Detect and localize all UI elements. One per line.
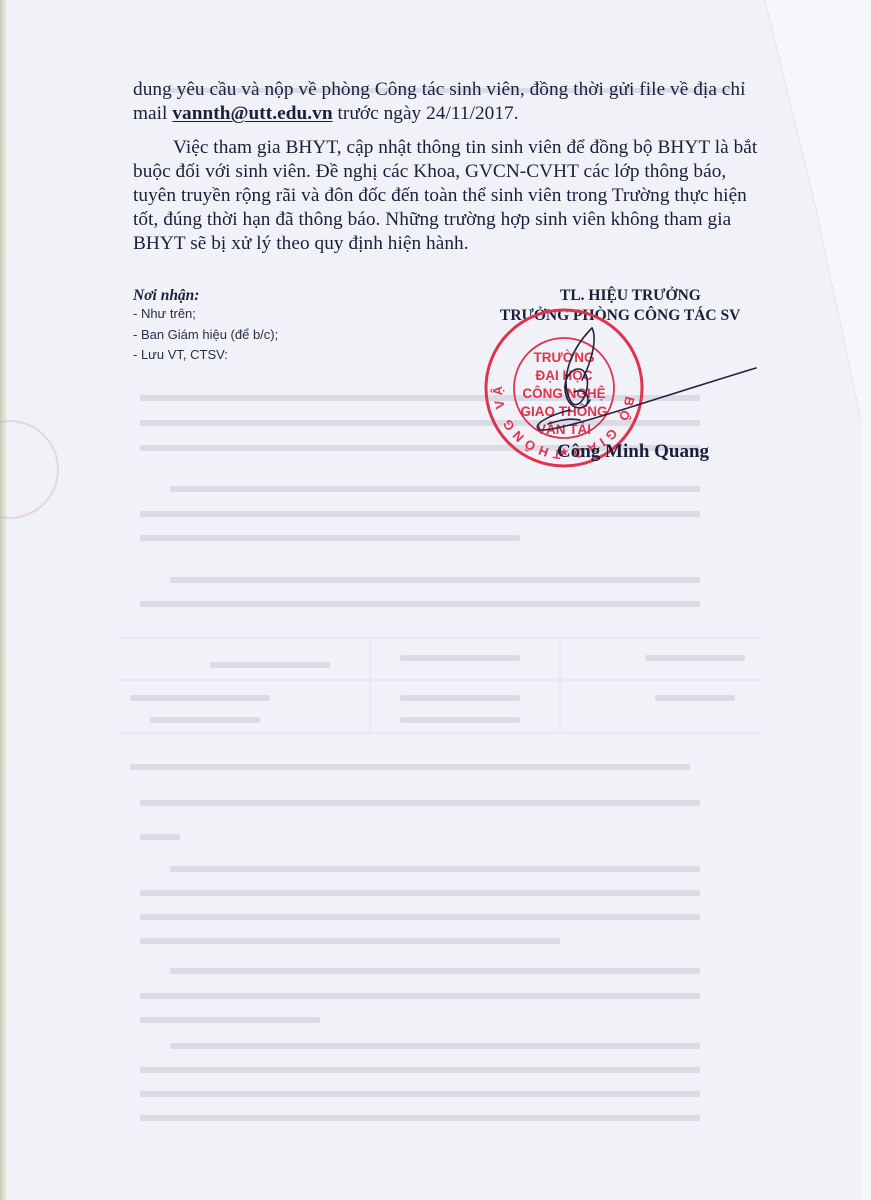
signer-name: Công Minh Quang (557, 441, 709, 463)
body-line-2: mail vannth@utt.edu.vn trước ngày 24/11/… (133, 102, 519, 126)
body-line-7: BHYT sẽ bị xử lý theo quy định hiện hành… (133, 232, 469, 256)
ghost-stamp (0, 420, 59, 519)
deadline-text: trước ngày 24/11/2017. (337, 103, 518, 124)
body-line-5: tuyên truyền rộng rãi và đôn đốc đến toà… (133, 184, 716, 208)
handwritten-signature (530, 320, 760, 440)
body-line-4: buộc đối với sinh viên. Đề nghị các Khoa… (133, 160, 716, 184)
recipient-item: - Như trên; (133, 306, 196, 321)
mail-prefix: mail (133, 103, 167, 124)
scan-right-edge (861, 0, 862, 1200)
recipients-title: Nơi nhận: (133, 287, 199, 305)
signature-title-1: TL. HIỆU TRƯỞNG (560, 287, 701, 305)
body-line-3: Việc tham gia BHYT, cập nhật thông tin s… (173, 136, 716, 160)
scan-top-strip (765, 0, 871, 3)
body-line-6: tốt, đúng thời hạn đã thông báo. Những t… (133, 208, 716, 232)
recipient-item: - Ban Giám hiệu (để b/c); (133, 327, 278, 342)
recipient-item: - Lưu VT, CTSV: (133, 347, 228, 362)
scan-left-edge (0, 0, 7, 1200)
body-line-1: dung yêu cầu và nộp về phòng Công tác si… (133, 78, 716, 102)
email-link[interactable]: vannth@utt.edu.vn (172, 103, 332, 124)
